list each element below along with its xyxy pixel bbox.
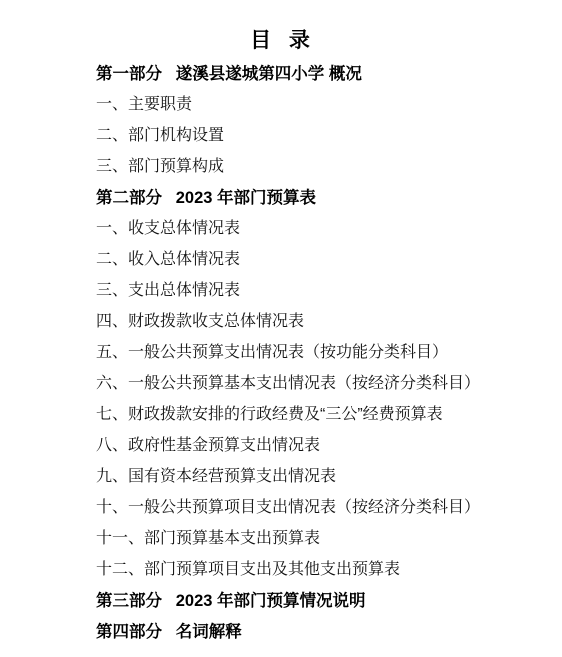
toc-item-admin-three-public-funds-budget: 七、财政拨款安排的行政经费及“三公”经费预算表 bbox=[96, 397, 552, 428]
toc-item-budget-composition: 三、部门预算构成 bbox=[96, 149, 552, 180]
toc-item-org-structure: 二、部门机构设置 bbox=[96, 118, 552, 149]
toc-item-general-public-budget-project-expenditure: 十、一般公共预算项目支出情况表（按经济分类科目） bbox=[96, 490, 552, 521]
toc-item-revenue-overall-table: 二、收入总体情况表 bbox=[96, 242, 552, 273]
toc-item-general-public-budget-basic-expenditure: 六、一般公共预算基本支出情况表（按经济分类科目） bbox=[96, 366, 552, 397]
toc-item-government-fund-budget-expenditure: 八、政府性基金预算支出情况表 bbox=[96, 428, 552, 459]
toc-item-dept-basic-expenditure-budget-table: 十一、部门预算基本支出预算表 bbox=[96, 521, 552, 552]
toc-item-revenue-expenditure-overall-table: 一、收支总体情况表 bbox=[96, 211, 552, 242]
toc-item-expenditure-overall-table: 三、支出总体情况表 bbox=[96, 273, 552, 304]
toc-item-fiscal-appropriation-overall-table: 四、财政拨款收支总体情况表 bbox=[96, 304, 552, 335]
toc-item-main-duties: 一、主要职责 bbox=[96, 87, 552, 118]
document-page: 目 录 第一部分 遂溪县遂城第四小学 概况 一、主要职责 二、部门机构设置 三、… bbox=[0, 0, 562, 657]
toc-part-3-budget-notes: 第三部分 2023 年部门预算情况说明 bbox=[96, 583, 552, 614]
toc-title: 目 录 bbox=[0, 24, 562, 54]
toc-part-4-glossary: 第四部分 名词解释 bbox=[96, 614, 552, 645]
toc-part-1-overview: 第一部分 遂溪县遂城第四小学 概况 bbox=[96, 56, 552, 87]
toc-list: 第一部分 遂溪县遂城第四小学 概况 一、主要职责 二、部门机构设置 三、部门预算… bbox=[96, 56, 552, 645]
toc-item-state-capital-budget-expenditure: 九、国有资本经营预算支出情况表 bbox=[96, 459, 552, 490]
toc-item-dept-project-other-expenditure-budget: 十二、部门预算项目支出及其他支出预算表 bbox=[96, 552, 552, 583]
toc-item-general-public-budget-expenditure-table: 五、一般公共预算支出情况表（按功能分类科目） bbox=[96, 335, 552, 366]
toc-part-2-budget-tables: 第二部分 2023 年部门预算表 bbox=[96, 180, 552, 211]
